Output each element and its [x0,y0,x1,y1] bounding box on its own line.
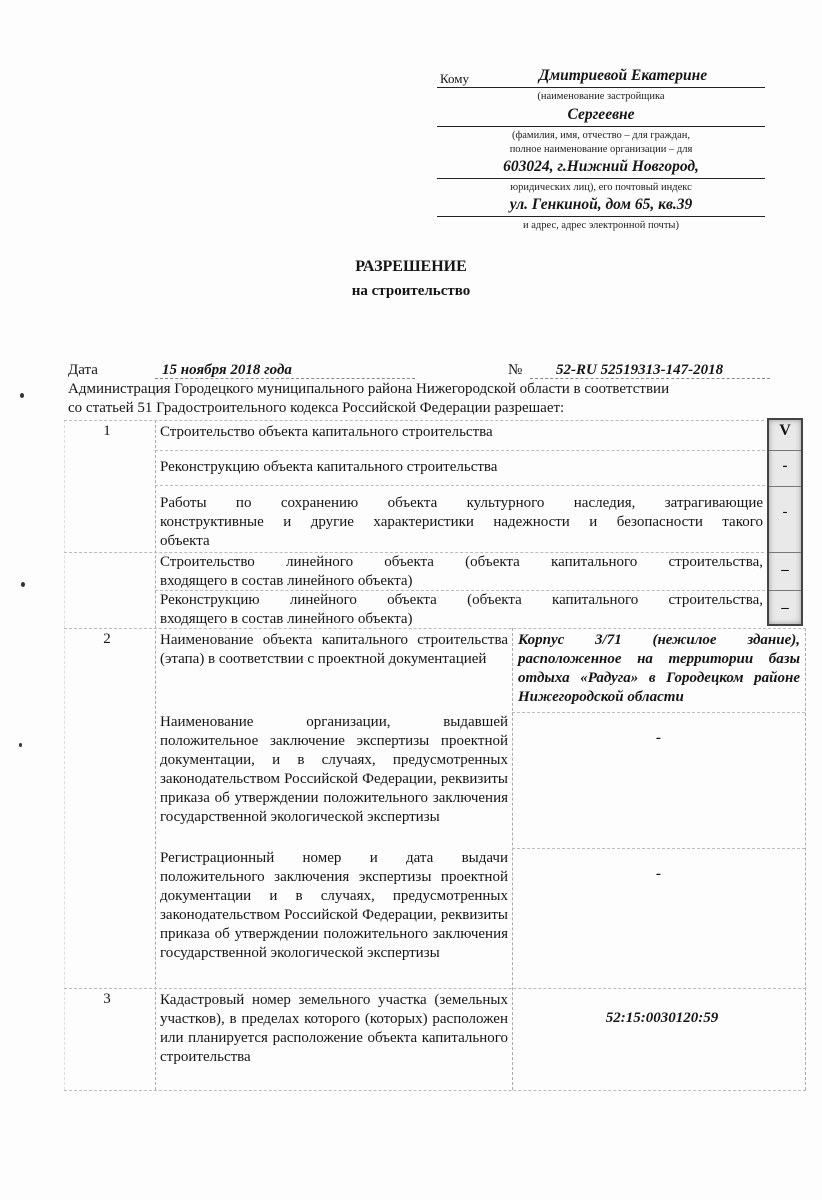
recipient-label: Кому [440,71,469,87]
date-label: Дата [68,361,98,380]
section-2-object-name-value: Корпус 3/71 (нежилое здание), расположен… [518,631,800,707]
table-col-divider-1 [155,420,156,1090]
recipient-line-1 [437,87,765,88]
section-3-number: 3 [87,991,127,1008]
table-left-border [64,420,65,1090]
section-1-item-2: Реконструкцию объекта капитального строи… [160,458,760,477]
recipient-line-2 [437,126,765,127]
checkbox-mark-construction: V [769,422,801,440]
checkbox-divider [769,486,801,487]
recipient-street: ул. Генкиной, дом 65, кв.39 [437,196,765,214]
section-1-number: 1 [87,423,127,440]
table-row-line [64,1090,806,1091]
checkbox-divider [769,590,801,591]
recipient-note-2b: полное наименование организации – для [437,144,765,155]
section-3-cadastral-value: 52:15:0030120:59 [512,1010,812,1027]
section-1-item-4-line-1: Строительство линейного объекта (объекта… [160,553,763,572]
recipient-surname-name: Дмитриевой Екатерине [478,67,768,85]
table-row-line [512,712,805,713]
date-underline [155,378,415,379]
section-2-expertise-org-value: - [512,730,805,747]
recipient-note-1: (наименование застройщика [437,91,765,102]
recipient-note-4: и адрес, адрес электронной почты) [437,220,765,231]
section-1-item-1: Строительство объекта капитального строи… [160,423,760,442]
section-1-item-3-line-2: конструктивные и другие характеристики н… [160,513,763,532]
checkbox-mark-linear-construction: – [769,562,801,579]
table-row-line [155,485,765,486]
checkbox-mark-heritage: - [769,504,801,521]
checkbox-divider [769,450,801,451]
checkbox-divider [769,552,801,553]
table-row-line [64,420,764,421]
recipient-line-4 [437,216,765,217]
section-2-expertise-org-label: Наименование организации, выдавшей полож… [160,713,508,827]
checkbox-mark-reconstruction: - [769,458,801,475]
recipient-note-2a: (фамилия, имя, отчество – для граждан, [437,130,765,141]
recipient-note-3: юридических лиц), его почтовый индекс [437,182,765,193]
document-subtitle: на строительство [0,283,822,300]
permit-type-checkbox-column: V - - – – [767,418,803,626]
scan-speck [19,743,22,747]
scan-speck [20,393,24,398]
scan-speck [21,582,25,587]
table-row-line [155,450,765,451]
section-2-number: 2 [87,631,127,648]
section-1-item-3-line-3: объекта [160,532,763,551]
document-title: РАЗРЕШЕНИЕ [0,258,822,276]
intro-line-1: Администрация Городецкого муниципального… [68,380,669,399]
number-label: № [508,361,522,380]
recipient-line-3 [437,178,765,179]
recipient-city: 603024, г.Нижний Новгород, [437,158,765,176]
section-3-cadastral-label: Кадастровый номер земельного участка (зе… [160,991,508,1067]
section-1-item-5-line-2: входящего в состав линейного объекта) [160,610,763,629]
table-row-line [64,988,806,989]
number-underline [530,378,770,379]
section-1-item-5-line-1: Реконструкцию линейного объекта (объекта… [160,591,763,610]
checkbox-mark-linear-reconstruction: – [769,600,801,617]
section-1-item-4-line-2: входящего в состав линейного объекта) [160,572,763,591]
section-1-item-3-line-1: Работы по сохранению объекта культурного… [160,494,763,513]
section-2-object-name-label: Наименование объекта капитального строит… [160,631,508,669]
section-2-expertise-reg-value: - [512,866,805,883]
recipient-patronymic: Сергеевне [437,106,765,124]
intro-line-2: со статьей 51 Градостроительного кодекса… [68,399,564,418]
table-row-line [512,848,805,849]
section-2-expertise-reg-label: Регистрационный номер и дата выдачи поло… [160,849,508,963]
